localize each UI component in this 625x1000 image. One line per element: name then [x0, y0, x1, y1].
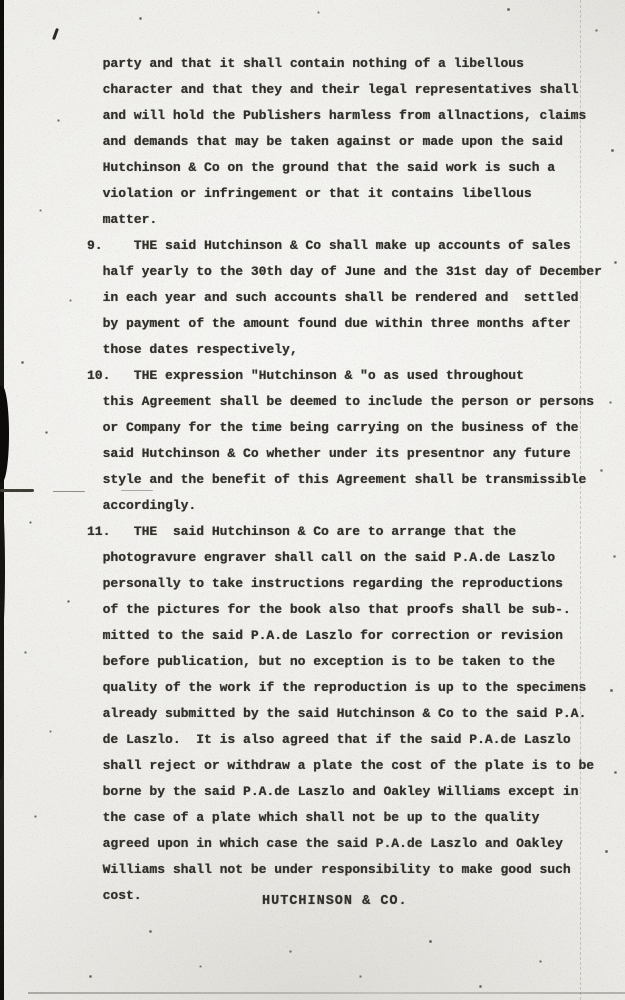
agreement-text-line: the case of a plate which shall not be u… — [87, 805, 602, 831]
agreement-text-line: already submitted by the said Hutchinson… — [87, 701, 602, 727]
bottom-scan-line — [28, 992, 625, 994]
agreement-text-line: quality of the work if the reproduction … — [87, 675, 602, 701]
agreement-text-line: shall reject or withdraw a plate the cos… — [87, 753, 602, 779]
agreement-text-line: or Company for the time being carrying o… — [87, 415, 602, 441]
agreement-text-line: personally to take instructions regardin… — [87, 571, 602, 597]
agreement-text-line: Hutchinson & Co on the ground that the s… — [87, 155, 602, 181]
agreement-text-line: character and that they and their legal … — [87, 77, 602, 103]
agreement-text-line: party and that it shall contain nothing … — [87, 51, 602, 77]
agreement-text-line: de Laszlo. It is also agreed that if the… — [87, 727, 602, 753]
left-edge-ink-blob-2 — [0, 500, 5, 640]
handwritten-tick-mark — [52, 28, 59, 40]
agreement-text-line: 11. THE said Hutchinson & Co are to arra… — [87, 519, 602, 545]
agreement-text-line: said Hutchinson & Co whether under its p… — [87, 441, 602, 467]
agreement-text-line: those dates respectively, — [87, 337, 602, 363]
agreement-text-line: in each year and such accounts shall be … — [87, 285, 602, 311]
scanned-agreement-page: party and that it shall contain nothing … — [0, 0, 625, 1000]
agreement-text-line: 9. THE said Hutchinson & Co shall make u… — [87, 233, 602, 259]
agreement-text-line: accordingly. — [87, 493, 602, 519]
agreement-text-line: of the pictures for the book also that p… — [87, 597, 602, 623]
agreement-text-line: half yearly to the 30th day of June and … — [87, 259, 602, 285]
agreement-text-block: party and that it shall contain nothing … — [87, 51, 602, 909]
agreement-text-line: matter. — [87, 207, 602, 233]
agreement-text-line: by payment of the amount found due withi… — [87, 311, 602, 337]
agreement-text-line: Williams shall not be under responsibili… — [87, 857, 602, 883]
agreement-text-line: agreed upon in which case the said P.A.d… — [87, 831, 602, 857]
agreement-text-line: and demands that may be taken against or… — [87, 129, 602, 155]
agreement-text-line: before publication, but no exception is … — [87, 649, 602, 675]
left-margin-dash-mark — [0, 489, 34, 492]
agreement-text-line: borne by the said P.A.de Laszlo and Oakl… — [87, 779, 602, 805]
agreement-text-line: mitted to the said P.A.de Laszlo for cor… — [87, 623, 602, 649]
agreement-text-line: violation or infringement or that it con… — [87, 181, 602, 207]
publisher-signature: HUTCHINSON & CO. — [262, 894, 408, 909]
agreement-text-line: 10. THE expression "Hutchinson & "o as u… — [87, 363, 602, 389]
scan-speckles — [0, 0, 1, 1]
left-edge-ink-blob — [0, 386, 9, 482]
agreement-text-line: this Agreement shall be deemed to includ… — [87, 389, 602, 415]
agreement-text-line: and will hold the Publishers harmless fr… — [87, 103, 602, 129]
agreement-text-line: photogravure engraver shall call on the … — [87, 545, 602, 571]
agreement-text-line: style and the benefit of this Agreement … — [87, 467, 602, 493]
